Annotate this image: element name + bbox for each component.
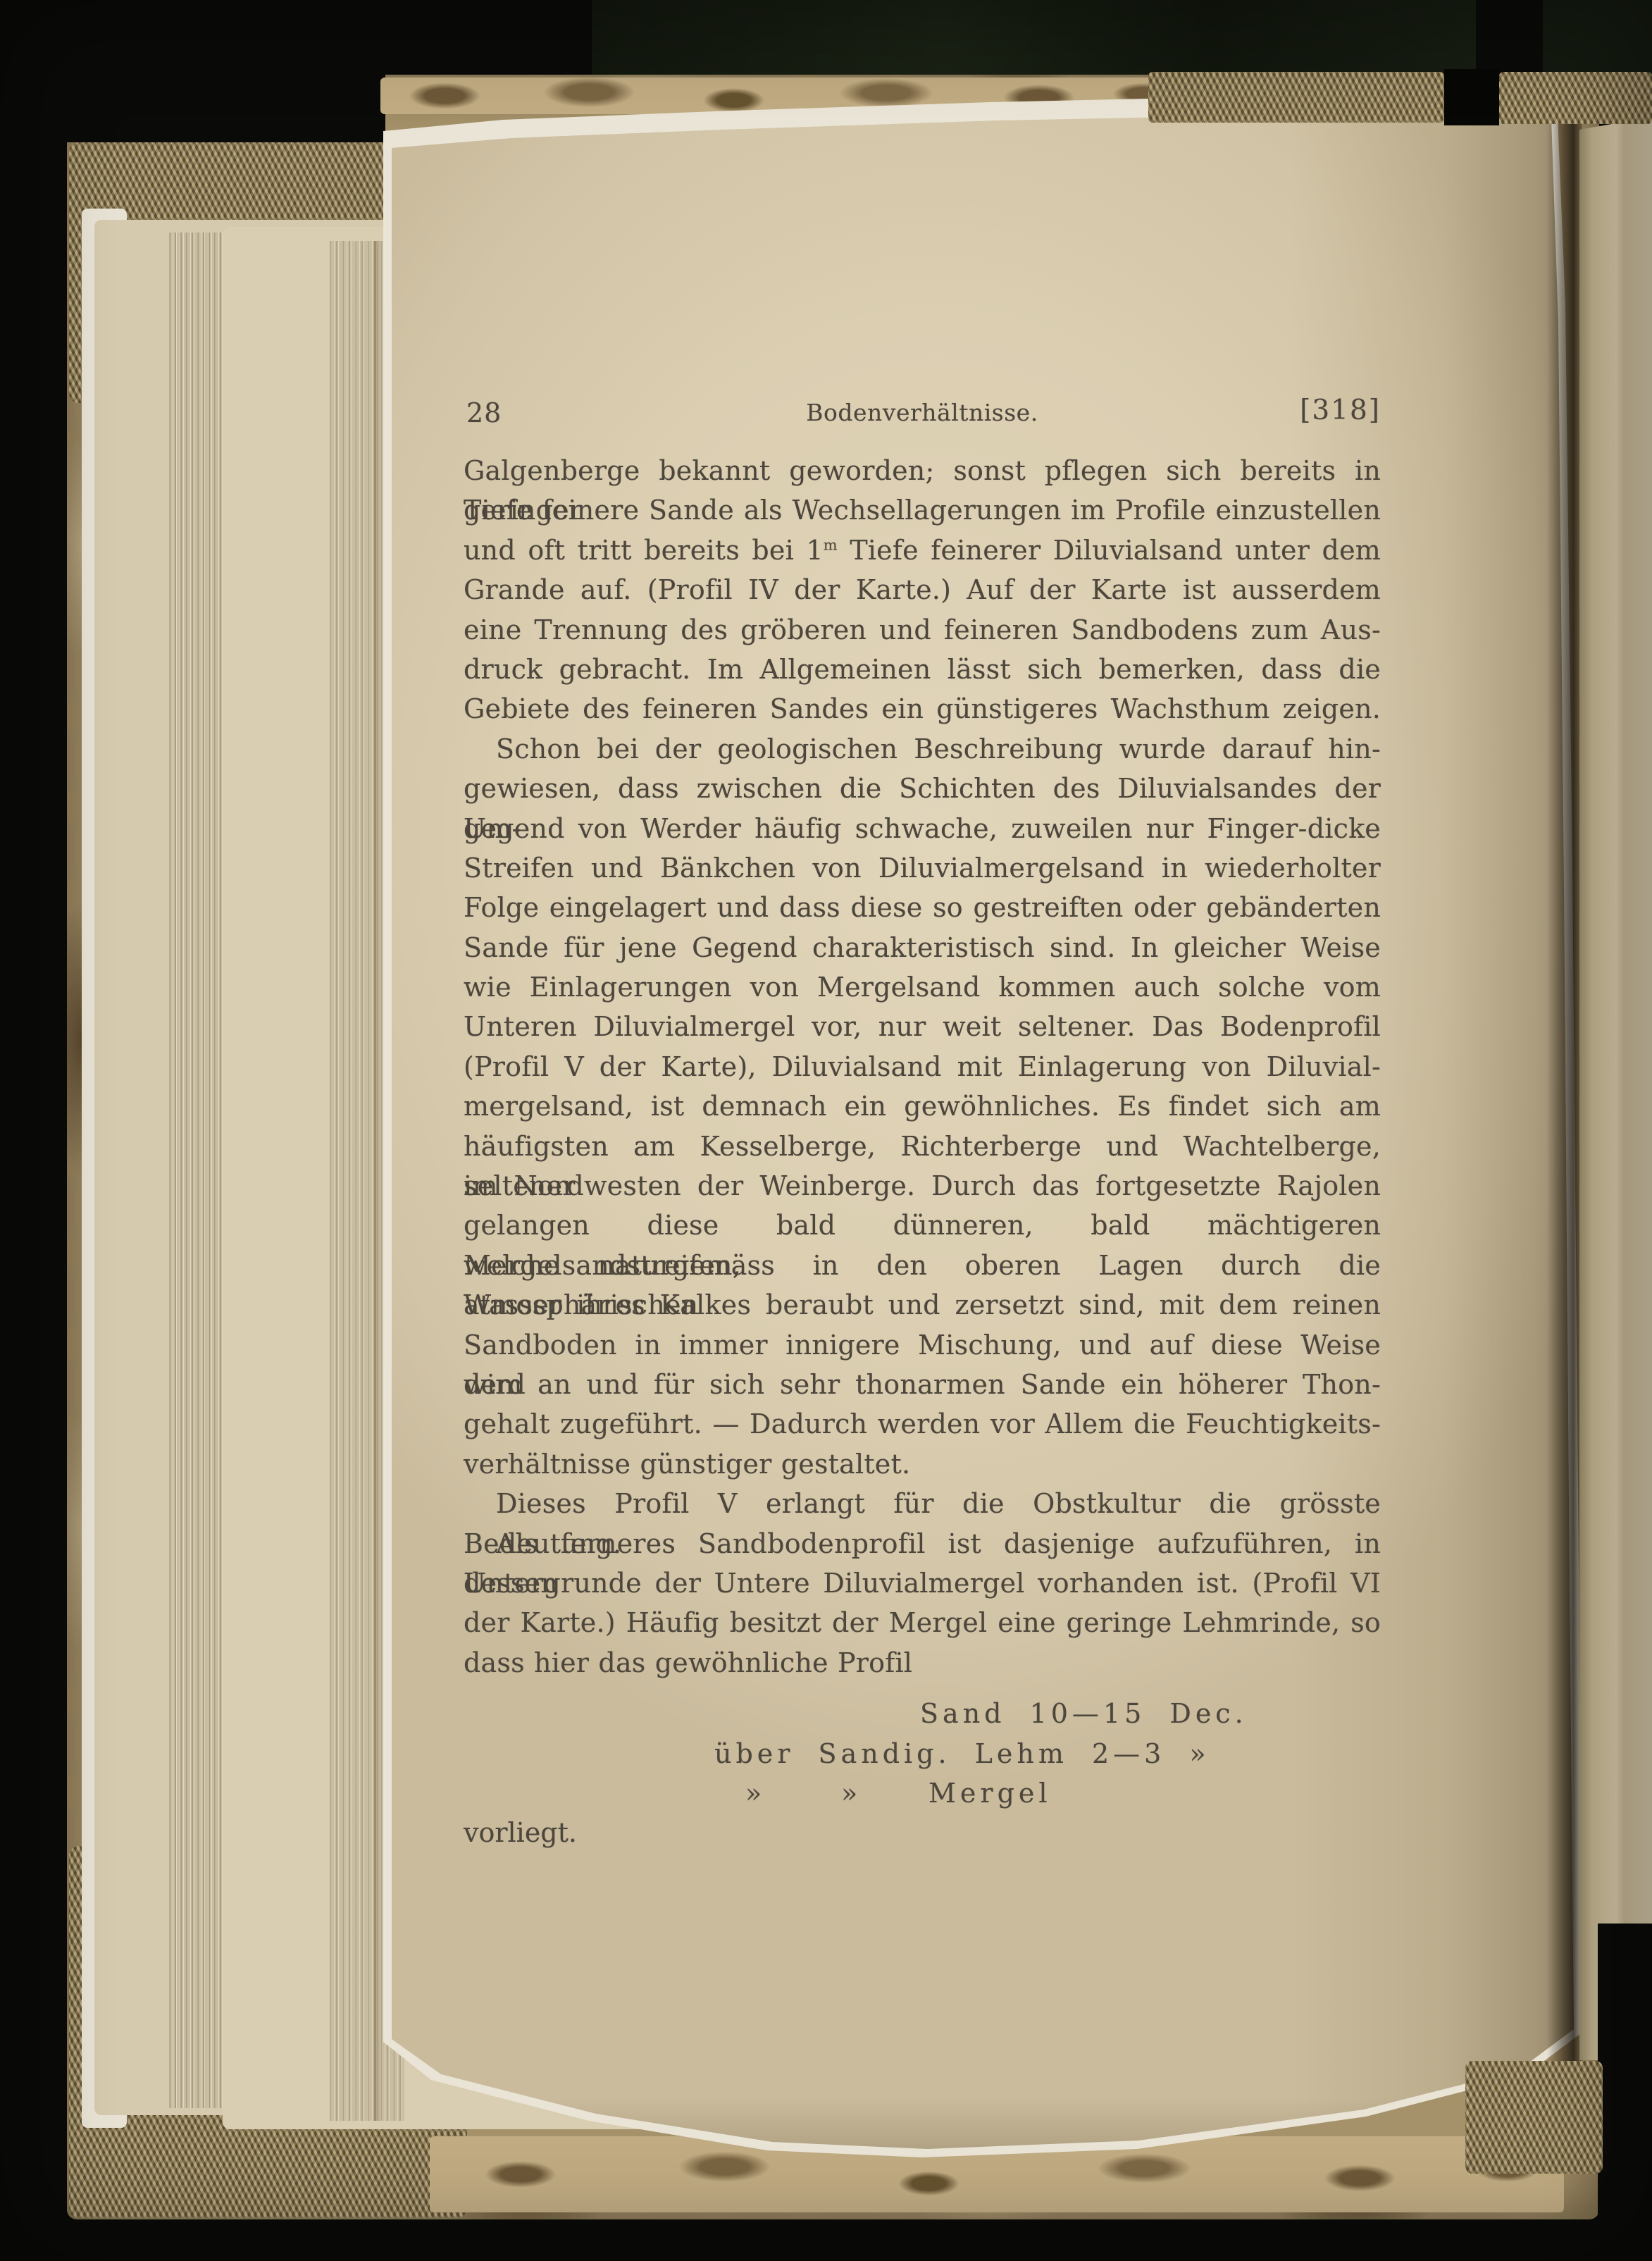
running-title: Bodenverhältnisse. (464, 399, 1381, 426)
text-line: Sande für jene Gegend charakteristisch s… (464, 928, 1381, 967)
text-segment: und oft tritt bereits bei 1 (464, 535, 824, 566)
facing-page-edge (1579, 116, 1652, 2060)
profile-layer-word: Mergel (929, 1773, 1052, 1813)
text-line: Unteren Diluvialmergel vor, nur weit sel… (464, 1007, 1381, 1046)
running-header: 28 Bodenverhältnisse. [318] (464, 395, 1381, 427)
closing-word: vorliegt. (464, 1813, 1381, 1852)
text-line: Schon bei der geologischen Beschreibung … (464, 729, 1381, 769)
text-line: Folge eingelagert und dass diese so gest… (464, 888, 1381, 927)
text-line: im Nordwesten der Weinberge. Durch das f… (464, 1166, 1381, 1206)
text-line: (Profil V der Karte), Diluvialsand mit E… (464, 1047, 1381, 1086)
text-line: Wasser ihres Kalkes beraubt und zersetzt… (464, 1285, 1381, 1325)
text-line: welche naturgemäss in den oberen Lagen d… (464, 1246, 1381, 1285)
text-line: Untergrunde der Untere Diluvialmergel vo… (464, 1563, 1381, 1603)
text-line: gelangen diese bald dünneren, bald mächt… (464, 1206, 1381, 1245)
burlap-corner-bottom-right (1465, 2061, 1603, 2174)
text-line: gegend von Werder häufig schwache, zuwei… (464, 809, 1381, 848)
gutter-shadow (1547, 111, 1582, 2073)
page-text-block: 28 Bodenverhältnisse. [318] Galgenberge … (464, 395, 1381, 1853)
text-line: druck gebracht. Im Allgemeinen lässt sic… (464, 650, 1381, 689)
ditto-mark: » (745, 1773, 766, 1813)
background-shadow (67, 70, 385, 142)
text-line: gewiesen, dass zwischen die Schichten de… (464, 769, 1381, 808)
text-line: Sandboden in immer innigere Mischung, un… (464, 1325, 1381, 1365)
page-fore-edges (169, 233, 225, 2108)
burlap-band-top (1148, 72, 1444, 123)
soil-profile-row: » » Mergel (464, 1773, 1381, 1813)
text-line: gehalt zugeführt. — Dadurch werden vor A… (464, 1404, 1381, 1444)
text-line: Als ferneres Sandbodenprofil ist dasjeni… (464, 1524, 1381, 1563)
photo-of-open-book: 28 Bodenverhältnisse. [318] Galgenberge … (0, 0, 1652, 2261)
text-segment: Tiefe feinerer Diluvialsand unter dem (850, 535, 1381, 566)
text-line: eine Trennung des gröberen und feineren … (464, 610, 1381, 650)
superscript-m: m (824, 536, 838, 553)
text-line: der Karte.) Häufig besitzt der Mergel ei… (464, 1603, 1381, 1642)
text-line: Gebiete des feineren Sandes ein günstige… (464, 689, 1381, 729)
spine-gap-shadow (1444, 69, 1499, 125)
text-line: dass hier das gewöhnliche Profil (464, 1643, 1381, 1683)
text-line: Dieses Profil V erlangt für die Obstkult… (464, 1484, 1381, 1523)
text-line: Grande auf. (Profil IV der Karte.) Auf d… (464, 570, 1381, 609)
text-line: Streifen und Bänkchen von Diluvialmergel… (464, 848, 1381, 888)
book-board-behind-right (1543, 0, 1652, 83)
text-line: häufigsten am Kesselberge, Richterberge … (464, 1127, 1381, 1166)
soil-profile-row: über Sandig. Lehm 2—3 » (464, 1734, 1381, 1773)
burlap-band-top-right (1499, 72, 1652, 124)
series-number: [318] (1300, 395, 1381, 426)
soil-profile-row: Sand 10—15 Dec. (464, 1694, 1381, 1733)
book-board-behind-left (592, 0, 1476, 83)
text-line: mergelsand, ist demnach ein gewöhnliches… (464, 1086, 1381, 1126)
background-corner (1598, 1924, 1652, 2261)
ditto-mark: » (841, 1773, 862, 1813)
text-line: und oft tritt bereits bei 1m Tiefe feine… (464, 531, 1381, 570)
text-line: Galgenberge bekannt geworden; sonst pfle… (464, 451, 1381, 490)
text-line: verhältnisse günstiger gestaltet. (464, 1444, 1381, 1484)
text-line: Tiefe feinere Sande als Wechsellagerunge… (464, 490, 1381, 530)
text-line: wie Einlagerungen von Mergelsand kommen … (464, 967, 1381, 1007)
text-line: dem an und für sich sehr thonarmen Sande… (464, 1365, 1381, 1404)
